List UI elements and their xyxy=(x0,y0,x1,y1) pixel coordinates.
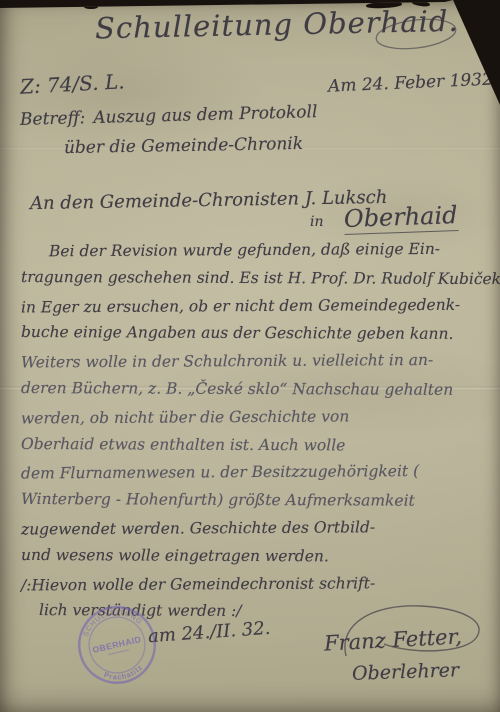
body-line: Winterberg - Hohenfurth) größte Aufmerks… xyxy=(21,486,493,516)
body-line: dem Flurnamenwesen u. der Besitzzugehöri… xyxy=(21,458,493,489)
date-line: Am 24. Feber 1932. xyxy=(328,69,499,96)
recipient-in: in xyxy=(310,214,324,230)
body-line: und wesens wolle eingetragen werden. xyxy=(21,542,493,572)
subject-line: Betreff:Auszug aus dem Protokoll xyxy=(20,102,318,130)
body-line: /:Hievon wolle der Gemeindechronist schr… xyxy=(21,569,493,600)
torn-edge-speck xyxy=(84,4,98,9)
subject-line-2: über die Gemeinde-Chronik xyxy=(64,134,303,158)
body-line: deren Büchern, z. B. „České sklo“ Nachsc… xyxy=(21,375,493,405)
signature-role: Oberlehrer xyxy=(352,659,460,685)
body-line: werden, ob nicht über die Geschichte von xyxy=(21,402,493,433)
stamp-center-text: OBERHAID xyxy=(92,634,143,655)
body-line: buche einige Angaben aus der Geschichte … xyxy=(21,319,493,349)
scanned-letter: Schulleitung Oberhaid. Z: 74/S. L. Am 24… xyxy=(0,0,500,712)
reference-number: Z: 74/S. L. xyxy=(19,69,125,98)
subject-label: Betreff: xyxy=(20,108,86,130)
recipient-line: An den Gemeinde-Chronisten J. Luksch xyxy=(30,187,388,214)
letterhead-title: Schulleitung Oberhaid. xyxy=(95,5,416,46)
body-line: in Eger zu ersuchen, ob er nicht dem Gem… xyxy=(21,291,493,322)
subject-text: Auszug aus dem Protokoll xyxy=(93,102,318,128)
paper-sheet: Schulleitung Oberhaid. Z: 74/S. L. Am 24… xyxy=(0,0,500,712)
letter-body: Bei der Revision wurde gefunden, daß ein… xyxy=(21,237,493,626)
body-line: tragungen geschehen sind. Es ist H. Prof… xyxy=(21,264,493,294)
body-line: Weiters wolle in der Schulchronik u. vie… xyxy=(21,347,493,378)
body-line: zugewendet werden. Geschichte des Ortbil… xyxy=(21,514,493,545)
body-line: Bei der Revision wurde gefunden, daß ein… xyxy=(21,236,493,267)
body-line: Oberhaid etwas enthalten ist. Auch wolle xyxy=(21,431,493,461)
title-flourish xyxy=(372,12,460,56)
recipient-place: Oberhaid xyxy=(344,201,459,235)
